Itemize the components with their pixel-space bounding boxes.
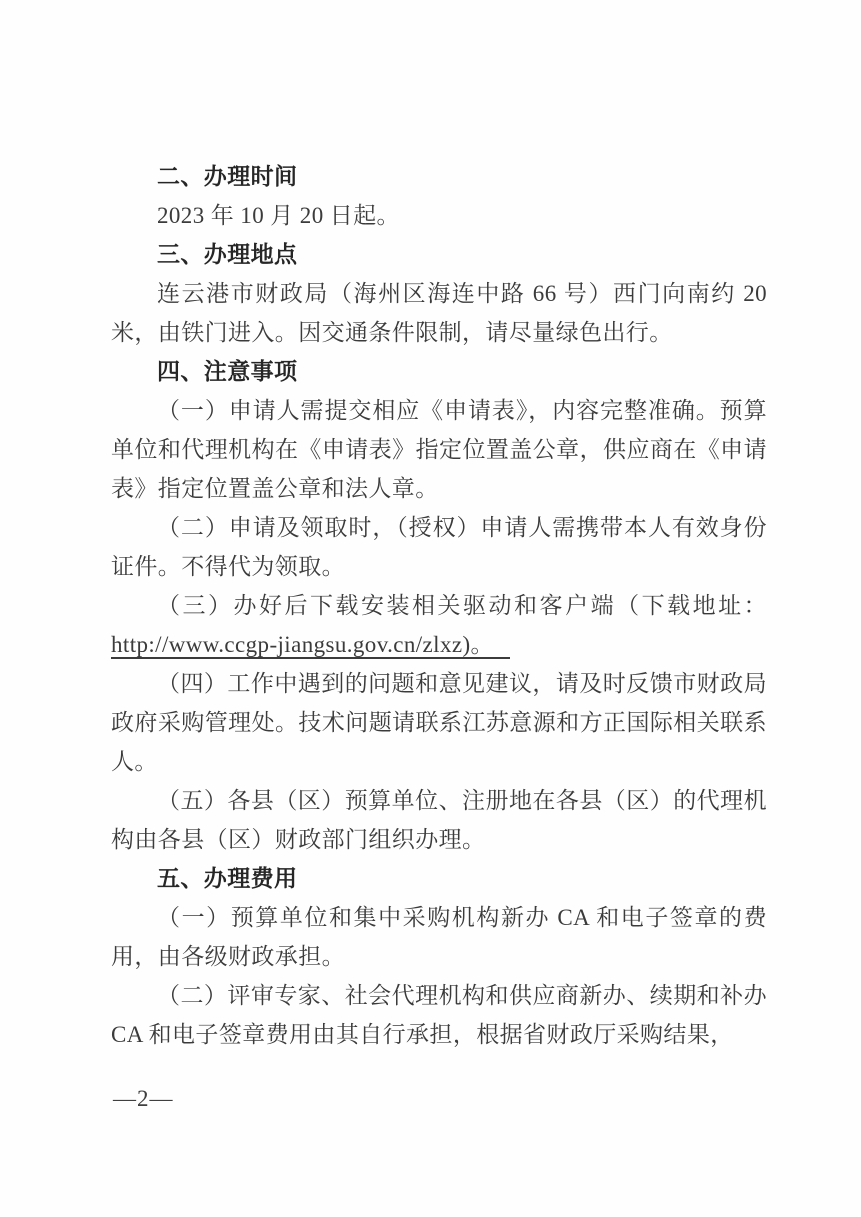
page-number: —2—	[113, 1083, 174, 1115]
paragraph-note-1: （一）申请人需提交相应《申请表》，内容完整准确。预算单位和代理机构在《申请表》指…	[111, 391, 767, 508]
document-body: 二、办理时间 2023 年 10 月 20 日起。 三、办理地点 连云港市财政局…	[111, 157, 767, 1054]
section-heading-notes: 四、注意事项	[111, 352, 767, 391]
paragraph-note-3: （三）办好后下载安装相关驱动和客户端（下载地址：http://www.ccgp-…	[111, 586, 767, 664]
paragraph-fee-1: （一）预算单位和集中采购机构新办 CA 和电子签章的费用，由各级财政承担。	[111, 898, 767, 976]
section-heading-fees: 五、办理费用	[111, 859, 767, 898]
section-heading-processing-location: 三、办理地点	[111, 235, 767, 274]
paragraph-note-2: （二）申请及领取时，（授权）申请人需携带本人有效身份证件。不得代为领取。	[111, 508, 767, 586]
paragraph-note-5: （五）各县（区）预算单位、注册地在各县（区）的代理机构由各县（区）财政部门组织办…	[111, 781, 767, 859]
paragraph-note-4: （四）工作中遇到的问题和意见建议，请及时反馈市财政局政府采购管理处。技术问题请联…	[111, 664, 767, 781]
scanned-document-page: 二、办理时间 2023 年 10 月 20 日起。 三、办理地点 连云港市财政局…	[0, 0, 861, 1217]
download-url-link: http://www.ccgp-jiangsu.gov.cn/zlxz)。	[111, 632, 510, 659]
paragraph-processing-time: 2023 年 10 月 20 日起。	[111, 196, 767, 235]
paragraph-note-3-lead: （三）办好后下载安装相关驱动和客户端（下载地址：	[157, 593, 767, 618]
section-heading-processing-time: 二、办理时间	[111, 157, 767, 196]
paragraph-processing-location: 连云港市财政局（海州区海连中路 66 号）西门向南约 20 米，由铁门进入。因交…	[111, 274, 767, 352]
paragraph-fee-2: （二）评审专家、社会代理机构和供应商新办、续期和补办 CA 和电子签章费用由其自…	[111, 976, 767, 1054]
